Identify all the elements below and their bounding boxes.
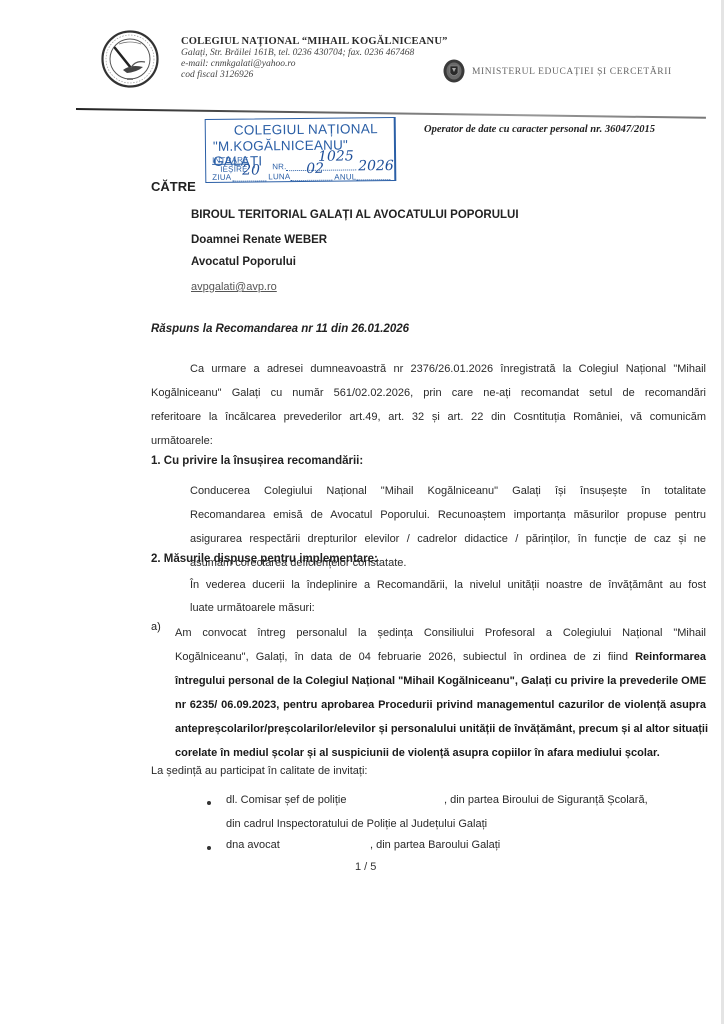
section-1-line: Conducerea Colegiului Național "Mihail K… <box>190 479 706 503</box>
stamp-ziua-line <box>232 179 266 181</box>
item-a-line: Am convocat întreg personalul la ședința… <box>175 621 706 645</box>
recipient-role: Avocatul Poporului <box>191 256 296 268</box>
item-a-line: corelate în mediul școlar și al suspiciu… <box>175 741 706 765</box>
stamp-luna-line <box>290 179 332 181</box>
item-a-line-normal: Kogălniceanu", Galați, în data de 04 feb… <box>175 651 635 663</box>
stamp-luna-label: LUNA <box>268 172 290 181</box>
bullet-icon <box>207 846 211 850</box>
section-2-paragraph: În vederea ducerii la îndeplinire a Reco… <box>190 574 706 620</box>
data-operator-notice: Operator de date cu caracter personal nr… <box>424 124 655 135</box>
to-label: CĂTRE <box>151 179 196 194</box>
participant-1-role: dl. Comisar șef de poliție <box>226 794 346 806</box>
section-1-line: asigurarea respectării drepturilor elevi… <box>190 527 706 551</box>
item-a-line: nr 6235/ 06.09.2023, pentru aprobarea Pr… <box>175 693 706 717</box>
intro-line: referitoare la încălcarea prevederilor a… <box>151 405 706 429</box>
item-a-line: Kogălniceanu", Galați, în data de 04 feb… <box>175 645 706 669</box>
institution-fiscal-code: cod fiscal 3126926 <box>181 70 448 81</box>
stamp-institution: COLEGIUL NAȚIONAL <box>234 121 378 138</box>
section-2-heading: 2. Măsurile dispuse pentru implementare: <box>151 553 378 565</box>
intro-line: Ca urmare a adresei dumneavoastră nr 237… <box>151 357 706 381</box>
stamp-anul-line <box>356 178 390 180</box>
institution-name: COLEGIUL NAȚIONAL “MIHAIL KOGĂLNICEANU” <box>181 36 448 48</box>
section-2-line: În vederea ducerii la îndeplinire a Reco… <box>190 574 706 597</box>
registration-stamp: COLEGIUL NAȚIONAL "M.KOGĂLNICEANU" GALAȚ… <box>205 117 397 183</box>
recipient-office: BIROUL TERITORIAL GALAȚI AL AVOCATULUI P… <box>191 209 519 221</box>
section-1-heading: 1. Cu privire la însușirea recomandării: <box>151 455 363 467</box>
item-a-line: întregului personal de la Colegiul Națio… <box>175 669 706 693</box>
stamp-ziua-label: ZIUA <box>212 173 231 182</box>
bullet-icon <box>207 801 211 805</box>
participant-1-org: , din partea Biroului de Siguranță Școla… <box>444 794 648 806</box>
item-a-paragraph: Am convocat întreg personalul la ședința… <box>175 621 706 765</box>
page-number: 1 / 5 <box>355 861 376 873</box>
ministry-name: MINISTERUL EDUCAȚIEI ȘI CERCETĂRII <box>472 67 672 77</box>
participant-2-role: dna avocat <box>226 839 280 851</box>
item-a-line-bold: corelate în mediul școlar și al suspiciu… <box>175 747 660 759</box>
item-a-line-bold: nr 6235/ 06.09.2023, pentru aprobarea Pr… <box>175 699 706 711</box>
institution-address: Galați, Str. Brăilei 161B, tel. 0236 430… <box>181 48 448 59</box>
coat-of-arms-icon <box>443 59 465 83</box>
participants-intro: La ședință au participat în calitate de … <box>151 765 367 777</box>
letterhead-text: COLEGIUL NAȚIONAL “MIHAIL KOGĂLNICEANU” … <box>181 36 448 81</box>
section-2-line: luate următoarele măsuri: <box>190 597 706 620</box>
recipient-name: Doamnei Renate WEBER <box>191 234 327 246</box>
stamp-ziua-value: 20 <box>242 162 260 178</box>
recipient-email-link[interactable]: avpgalati@avp.ro <box>191 281 277 293</box>
institution-email: e-mail: cnmkgalati@yahoo.ro <box>181 59 448 70</box>
participant-2-org: , din partea Baroului Galați <box>370 839 500 851</box>
stamp-anul-label: ANUL <box>334 172 356 181</box>
stamp-anul-value: 2026 <box>358 158 394 174</box>
item-a-line: antepreșcolarilor/preșcolarilor/elevilor… <box>175 717 706 741</box>
participant-1-org-line2: din cadrul Inspectoratului de Poliție al… <box>226 818 487 830</box>
school-seal-icon <box>101 30 159 88</box>
intro-line: următoarele: <box>151 429 706 453</box>
item-a-line-bold: întregului personal de la Colegiul Națio… <box>175 675 706 687</box>
stamp-nr-label: NR. <box>272 162 286 171</box>
intro-paragraph: Ca urmare a adresei dumneavoastră nr 237… <box>151 357 706 453</box>
intro-line: Kogălniceanu" Galați cu număr 561/02.02.… <box>151 381 706 405</box>
section-1-line: Recomandarea emisă de Avocatul Poporului… <box>190 503 706 527</box>
item-a-line-bold: antepreșcolarilor/preșcolarilor/elevilor… <box>175 723 708 735</box>
item-a-label: a) <box>151 621 161 633</box>
letter-subject: Răspuns la Recomandarea nr 11 din 26.01.… <box>151 323 409 335</box>
item-a-line-bold: Reinformarea <box>635 651 706 663</box>
stamp-luna-value: 02 <box>306 161 324 177</box>
